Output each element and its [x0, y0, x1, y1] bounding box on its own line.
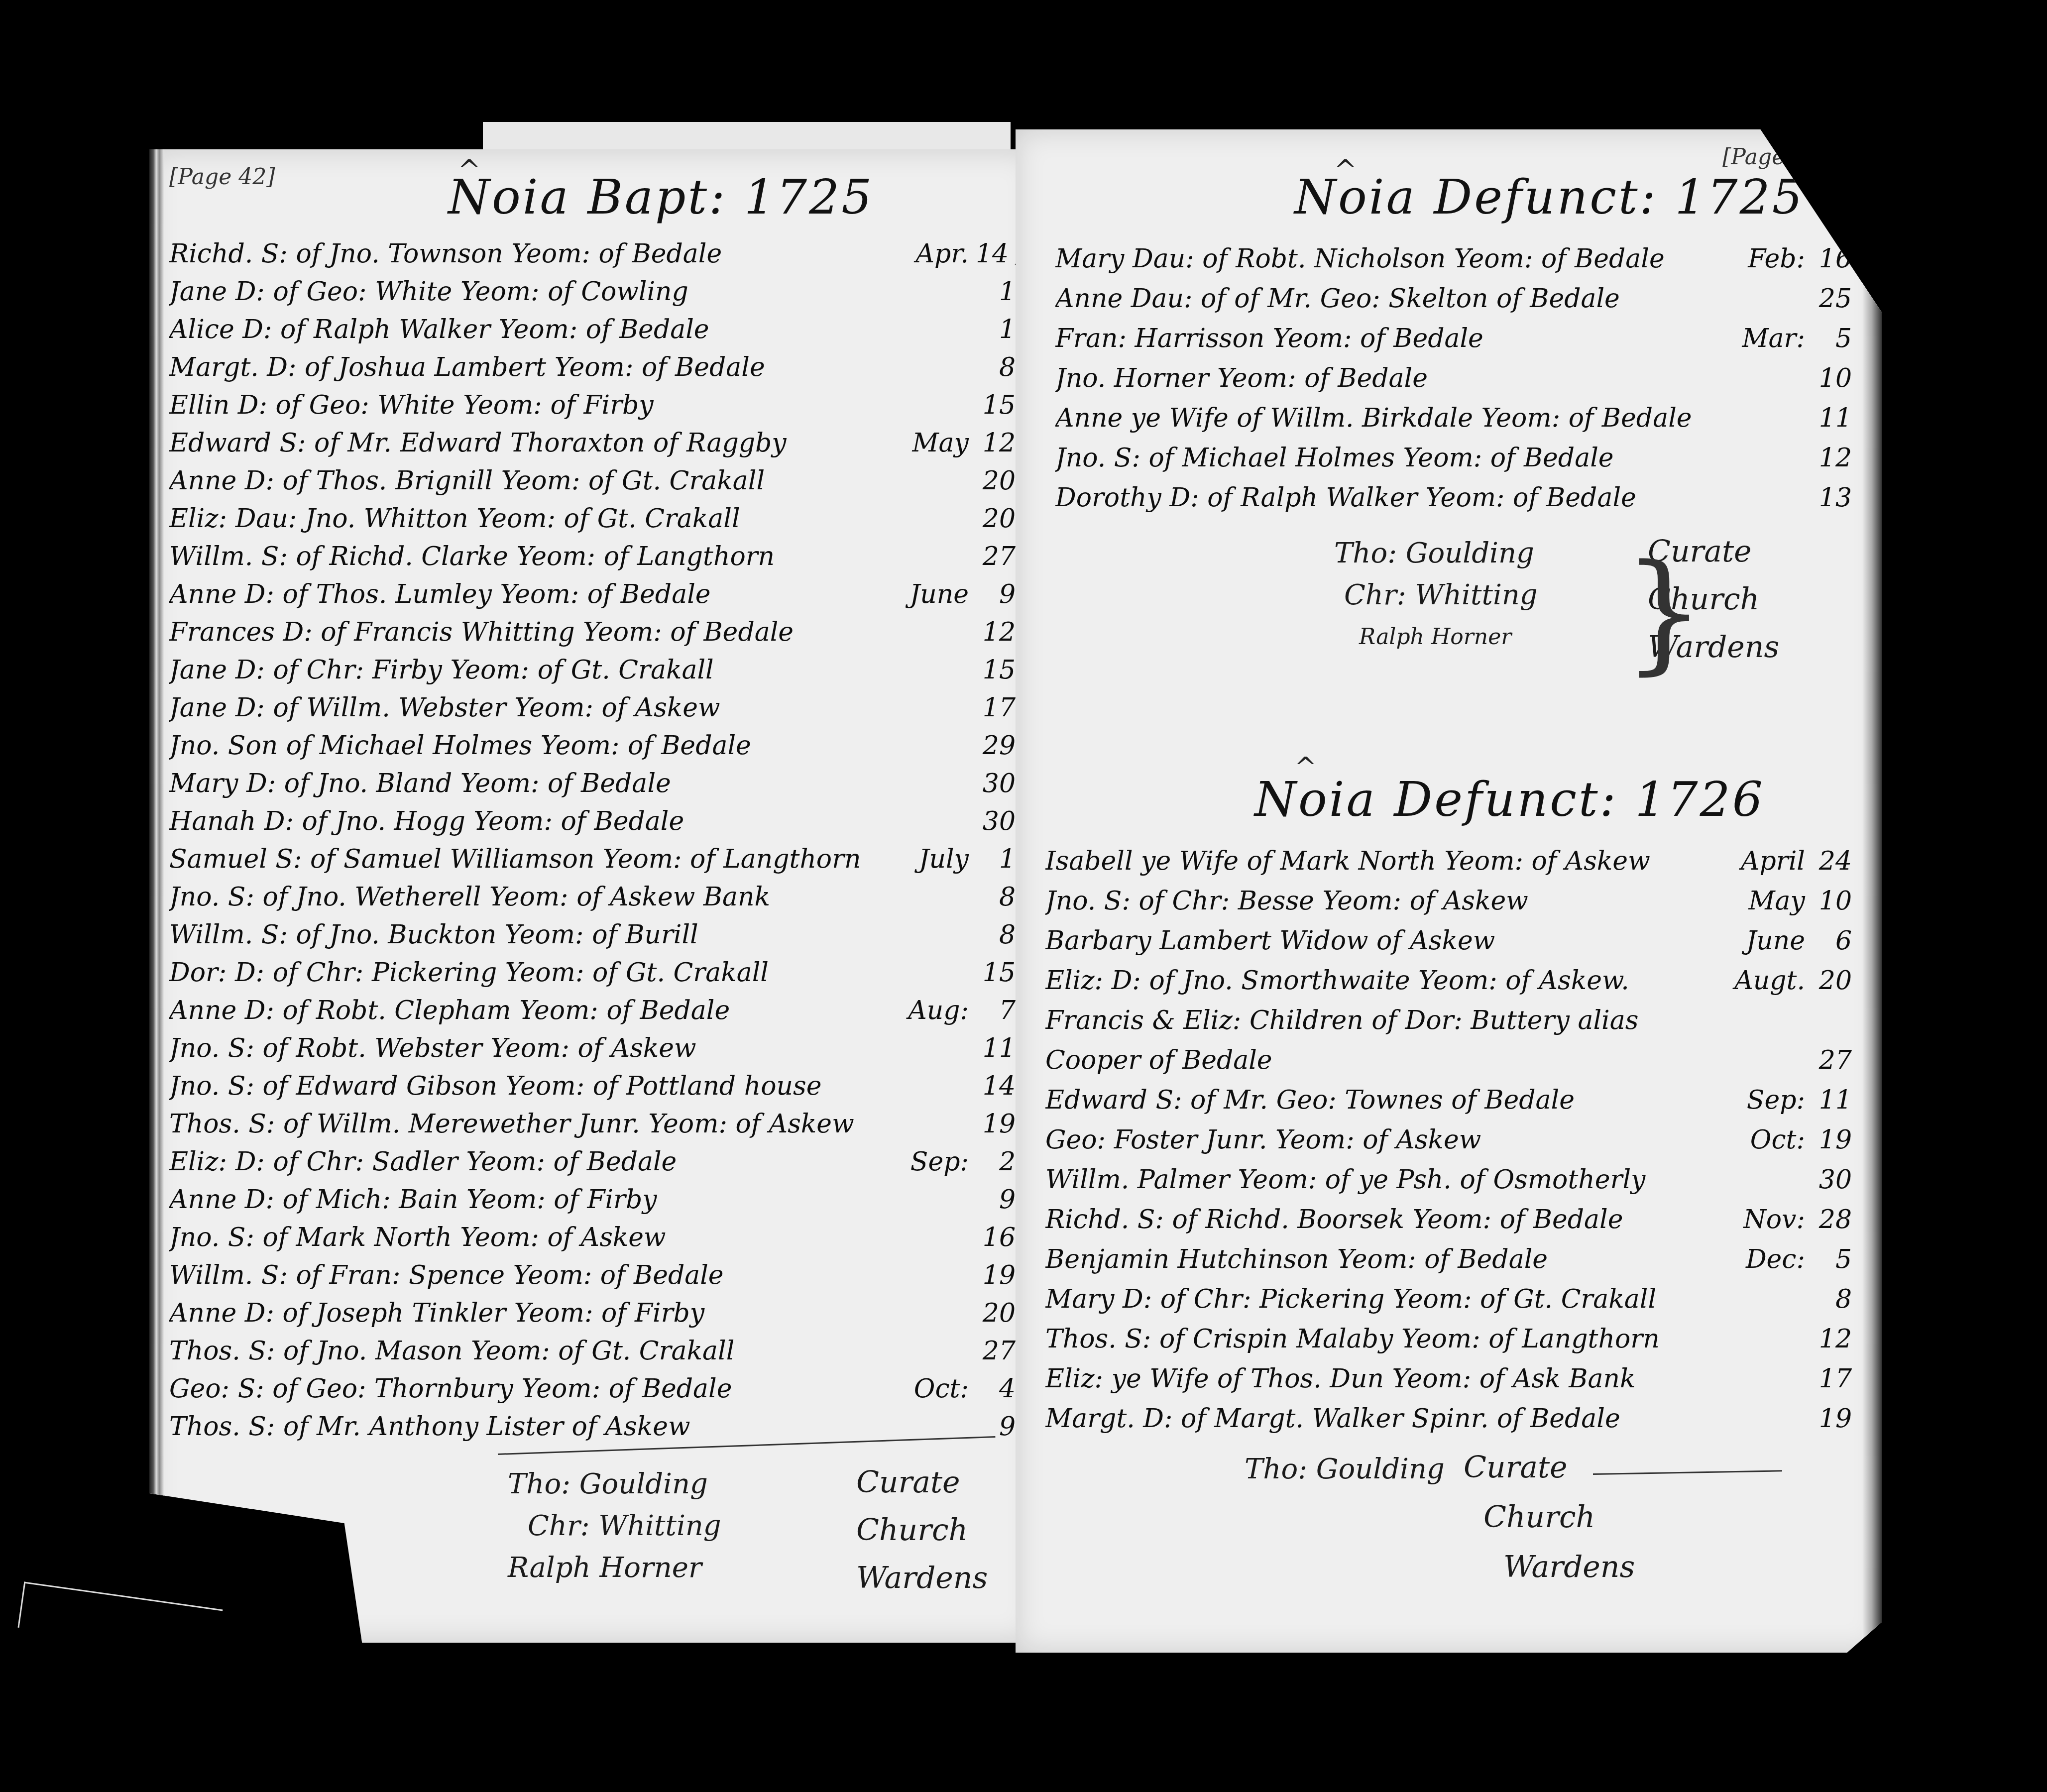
entry-month: Feb: — [1730, 244, 1812, 274]
entry-text: Thos. S: of Crispin Malaby Yeom: of Lang… — [1045, 1324, 1730, 1354]
register-entry: Mary D: of Jno. Bland Yeom: of Bedale30 — [169, 769, 1016, 806]
entry-text: Mary D: of Jno. Bland Yeom: of Bedale — [169, 769, 894, 798]
entry-month: June — [1730, 926, 1812, 956]
signature-warden-2: Ralph Horner — [1334, 616, 1538, 658]
entry-month: July — [894, 844, 976, 874]
entry-text: Thos. S: of Mr. Anthony Lister of Askew — [169, 1412, 894, 1442]
entry-text: Jno. S: of Robt. Webster Yeom: of Askew — [169, 1033, 894, 1063]
register-entry: Jno. Son of Michael Holmes Yeom: of Beda… — [169, 731, 1016, 769]
entry-month: Apr. — [894, 239, 976, 269]
entry-text: Isabell ye Wife of Mark North Yeom: of A… — [1045, 846, 1730, 876]
entry-text: Barbary Lambert Widow of Askew — [1045, 926, 1730, 956]
entry-day: 27 — [976, 1336, 1016, 1366]
entry-day: 12 — [1812, 1324, 1852, 1354]
register-entry: Jno. S: of Michael Holmes Yeom: of Bedal… — [1055, 443, 1852, 483]
entry-month: Oct: — [1730, 1125, 1812, 1155]
entry-day: 17 — [1812, 1364, 1852, 1394]
entry-text: Jno. S: of Mark North Yeom: of Askew — [169, 1223, 894, 1252]
wardens-label: Wardens — [1503, 1543, 1635, 1591]
register-entry: Dorothy D: of Ralph Walker Yeom: of Beda… — [1055, 483, 1852, 523]
entry-text: Jno. Son of Michael Holmes Yeom: of Beda… — [169, 731, 894, 761]
entry-text: Jane D: of Chr: Firby Yeom: of Gt. Craka… — [169, 655, 894, 685]
register-entry: Anne ye Wife of Willm. Birkdale Yeom: of… — [1055, 403, 1852, 443]
entry-day: 6 — [1812, 926, 1852, 956]
register-entry: Anne D: of Thos. Lumley Yeom: of BedaleJ… — [169, 579, 1016, 617]
entry-day: 1 — [976, 844, 1016, 874]
entry-text: Margt. D: of Margt. Walker Spinr. of Bed… — [1045, 1404, 1730, 1434]
register-entry: Frances D: of Francis Whitting Yeom: of … — [169, 617, 1016, 655]
register-entry: Mary Dau: of Robt. Nicholson Yeom: of Be… — [1055, 244, 1852, 284]
entry-text: Hanah D: of Jno. Hogg Yeom: of Bedale — [169, 806, 894, 836]
register-entry: Jno. Horner Yeom: of Bedale10 — [1055, 363, 1852, 403]
entry-text: Eliz: ye Wife of Thos. Dun Yeom: of Ask … — [1045, 1364, 1730, 1394]
entry-text: Thos. S: of Jno. Mason Yeom: of Gt. Crak… — [169, 1336, 894, 1366]
entry-text: Anne D: of Joseph Tinkler Yeom: of Firby — [169, 1298, 894, 1328]
register-entry: Richd. S: of Jno. Townson Yeom: of Bedal… — [169, 239, 1016, 277]
section-heading-burials-1726: Noia Defunct: 1726 — [1254, 772, 1765, 827]
page-reference: [Page 43] — [1722, 144, 1828, 170]
entry-day: 19 — [976, 1109, 1016, 1139]
entry-text: Richd. S: of Richd. Boorsek Yeom: of Bed… — [1045, 1205, 1730, 1234]
entry-text: Richd. S: of Jno. Townson Yeom: of Bedal… — [169, 239, 894, 269]
entry-text: Jno. S: of Jno. Wetherell Yeom: of Askew… — [169, 882, 894, 912]
register-entry: Jno. S: of Jno. Wetherell Yeom: of Askew… — [169, 882, 1016, 920]
register-entry: Jno. S: of Mark North Yeom: of Askew16 — [169, 1223, 1016, 1260]
register-entry: Willm. S: of Jno. Buckton Yeom: of Buril… — [169, 920, 1016, 958]
entry-month: Dec: — [1730, 1244, 1812, 1274]
entry-text: Jno. Horner Yeom: of Bedale — [1055, 363, 1730, 393]
entry-month: Sep: — [894, 1147, 976, 1177]
paper-scrap — [17, 1581, 223, 1655]
register-entry: Benjamin Hutchinson Yeom: of BedaleDec:5 — [1045, 1244, 1852, 1284]
signature-curate: Tho: Goulding — [1245, 1449, 1445, 1490]
entry-month: Aug: — [894, 996, 976, 1025]
entry-text: Ellin D: of Geo: White Yeom: of Firby — [169, 390, 894, 420]
signature-block-1726: Tho: Goulding — [1245, 1449, 1445, 1490]
entry-day: 1 — [976, 315, 1016, 344]
entry-day: 30 — [976, 769, 1016, 798]
register-entry: Jane D: of Chr: Firby Yeom: of Gt. Craka… — [169, 655, 1016, 693]
register-entry: Willm. S: of Fran: Spence Yeom: of Bedal… — [169, 1260, 1016, 1298]
entry-text: Anne D: of Thos. Lumley Yeom: of Bedale — [169, 579, 894, 609]
register-entry: Eliz: ye Wife of Thos. Dun Yeom: of Ask … — [1045, 1364, 1852, 1404]
entry-text: Geo: S: of Geo: Thornbury Yeom: of Bedal… — [169, 1374, 894, 1404]
entry-day: 8 — [976, 882, 1016, 912]
signature-warden-1: Chr: Whitting — [1334, 574, 1538, 616]
register-entry: Thos. S: of Crispin Malaby Yeom: of Lang… — [1045, 1324, 1852, 1364]
register-entry: Fran: Harrisson Yeom: of BedaleMar:5 — [1055, 324, 1852, 363]
entry-day: 16 — [1812, 244, 1852, 274]
entry-day: 9 — [976, 1185, 1016, 1215]
right-page-burials: [Page 43] ^ Noia Defunct: 1725 Mary Dau:… — [1016, 129, 1882, 1653]
register-entry: Eliz: D: of Jno. Smorthwaite Yeom: of As… — [1045, 966, 1852, 1006]
curate-label: Curate — [1464, 1444, 1568, 1491]
entry-day: 30 — [1812, 1165, 1852, 1195]
entry-text: Eliz: D: of Jno. Smorthwaite Yeom: of As… — [1045, 966, 1730, 996]
entry-day: 20 — [976, 1298, 1016, 1328]
entry-day: 5 — [1812, 1244, 1852, 1274]
entry-text: Dor: D: of Chr: Pickering Yeom: of Gt. C… — [169, 958, 894, 988]
entry-day: 11 — [1812, 1085, 1852, 1115]
register-entry: Anne D: of Robt. Clepham Yeom: of Bedale… — [169, 996, 1016, 1033]
entry-text: Margt. D: of Joshua Lambert Yeom: of Bed… — [169, 352, 894, 382]
entry-text: Thos. S: of Willm. Merewether Junr. Yeom… — [169, 1109, 894, 1139]
church-label: Church — [1483, 1493, 1595, 1541]
entry-day: 10 — [1812, 886, 1852, 916]
entry-text: Jane D: of Geo: White Yeom: of Cowling — [169, 277, 894, 307]
entry-day: 24 — [1812, 846, 1852, 876]
register-entry: Richd. S: of Richd. Boorsek Yeom: of Bed… — [1045, 1205, 1852, 1244]
entry-day: 5 — [1812, 324, 1852, 353]
entry-text: Anne D: of Mich: Bain Yeom: of Firby — [169, 1185, 894, 1215]
entry-text: Geo: Foster Junr. Yeom: of Askew — [1045, 1125, 1730, 1155]
register-entry: Edward S: of Mr. Edward Thoraxton of Rag… — [169, 428, 1016, 466]
entry-text: Jno. S: of Michael Holmes Yeom: of Bedal… — [1055, 443, 1730, 473]
register-entry: Eliz: Dau: Jno. Whitton Yeom: of Gt. Cra… — [169, 504, 1016, 542]
entry-day: 19 — [1812, 1125, 1852, 1155]
entry-text: Francis & Eliz: Children of Dor: Buttery… — [1045, 1006, 1730, 1035]
entry-day: 20 — [1812, 966, 1852, 996]
entry-text: Jane D: of Willm. Webster Yeom: of Askew — [169, 693, 894, 723]
signature-block-left: Tho: Goulding Chr: Whitting Ralph Horner — [508, 1463, 721, 1589]
entry-text: Anne Dau: of of Mr. Geo: Skelton of Beda… — [1055, 284, 1730, 314]
section-heading-burials-1725: Noia Defunct: 1725 — [1294, 169, 1805, 225]
entry-text: Eliz: Dau: Jno. Whitton Yeom: of Gt. Cra… — [169, 504, 894, 534]
entry-month: May — [1730, 886, 1812, 916]
entry-day: 14 — [976, 1071, 1016, 1101]
register-entry: Jno. S: of Edward Gibson Yeom: of Pottla… — [169, 1071, 1016, 1109]
signature-warden-1: Chr: Whitting — [508, 1505, 721, 1547]
entry-month: April — [1730, 846, 1812, 876]
entry-day: 30 — [976, 806, 1016, 836]
register-entry: Ellin D: of Geo: White Yeom: of Firby15 — [169, 390, 1016, 428]
entry-day: 8 — [976, 352, 1016, 382]
entry-text: Benjamin Hutchinson Yeom: of Bedale — [1045, 1244, 1730, 1274]
entry-text: Willm. S: of Fran: Spence Yeom: of Bedal… — [169, 1260, 894, 1290]
register-entry: Mary D: of Chr: Pickering Yeom: of Gt. C… — [1045, 1284, 1852, 1324]
entry-text: Jno. S: of Chr: Besse Yeom: of Askew — [1045, 886, 1730, 916]
entry-day: 27 — [1812, 1045, 1852, 1075]
register-entry: Geo: S: of Geo: Thornbury Yeom: of Bedal… — [169, 1374, 1016, 1412]
entry-text: Edward S: of Mr. Geo: Townes of Bedale — [1045, 1085, 1730, 1115]
register-entry: Dor: D: of Chr: Pickering Yeom: of Gt. C… — [169, 958, 1016, 996]
register-entry: Anne Dau: of of Mr. Geo: Skelton of Beda… — [1055, 284, 1852, 324]
signature-curate: Tho: Goulding — [508, 1463, 721, 1505]
wardens-label: Wardens — [856, 1554, 988, 1602]
register-entry: Jane D: of Geo: White Yeom: of Cowling1 — [169, 277, 1016, 315]
signature-warden-2: Ralph Horner — [508, 1547, 721, 1589]
entry-text: Cooper of Bedale — [1045, 1045, 1730, 1075]
entry-month: June — [894, 579, 976, 609]
burial-entries-1726: Isabell ye Wife of Mark North Yeom: of A… — [1045, 846, 1852, 1444]
signature-rule — [1593, 1470, 1782, 1475]
entry-day: 14 / 1 — [976, 239, 1016, 269]
entry-text: Samuel S: of Samuel Williamson Yeom: of … — [169, 844, 894, 874]
register-entry: Geo: Foster Junr. Yeom: of AskewOct:19 — [1045, 1125, 1852, 1165]
entry-day: 25 — [1812, 284, 1852, 314]
entry-day: 12 — [976, 428, 1016, 458]
entry-text: Fran: Harrisson Yeom: of Bedale — [1055, 324, 1730, 353]
entry-day: 17 — [976, 693, 1016, 723]
entry-month: Sep: — [1730, 1085, 1812, 1115]
register-entry: Anne D: of Mich: Bain Yeom: of Firby9 — [169, 1185, 1016, 1223]
register-entry: Thos. S: of Mr. Anthony Lister of Askew9 — [169, 1412, 1016, 1450]
entry-text: Mary Dau: of Robt. Nicholson Yeom: of Be… — [1055, 244, 1730, 274]
entry-day: 19 — [1812, 1404, 1852, 1434]
register-entry: Samuel S: of Samuel Williamson Yeom: of … — [169, 844, 1016, 882]
entry-day: 13 — [1812, 483, 1852, 513]
signature-block-1725: Tho: Goulding Chr: Whitting Ralph Horner — [1334, 533, 1538, 658]
register-entry: Cooper of Bedale27 — [1045, 1045, 1852, 1085]
entry-day: 16 — [976, 1223, 1016, 1252]
register-entry: Jno. S: of Chr: Besse Yeom: of AskewMay1… — [1045, 886, 1852, 926]
entry-text: Alice D: of Ralph Walker Yeom: of Bedale — [169, 315, 894, 344]
entry-text: Edward S: of Mr. Edward Thoraxton of Rag… — [169, 428, 894, 458]
register-entry: Margt. D: of Joshua Lambert Yeom: of Bed… — [169, 352, 1016, 390]
entry-text: Willm. S: of Richd. Clarke Yeom: of Lang… — [169, 542, 894, 571]
register-entry: Margt. D: of Margt. Walker Spinr. of Bed… — [1045, 1404, 1852, 1444]
entry-day: 20 — [976, 466, 1016, 496]
register-entry: Jno. S: of Robt. Webster Yeom: of Askew1… — [169, 1033, 1016, 1071]
entry-text: Frances D: of Francis Whitting Yeom: of … — [169, 617, 894, 647]
entry-day: 8 — [976, 920, 1016, 950]
baptism-entries-list: Richd. S: of Jno. Townson Yeom: of Bedal… — [169, 239, 1016, 1450]
register-entry: Francis & Eliz: Children of Dor: Buttery… — [1045, 1006, 1852, 1045]
entry-day: 15 — [976, 390, 1016, 420]
entry-day: 20 — [976, 504, 1016, 534]
church-label: Church — [856, 1506, 968, 1554]
entry-day: 2 — [976, 1147, 1016, 1177]
entry-day: 8 — [1812, 1284, 1852, 1314]
entry-month: Nov: — [1730, 1205, 1812, 1234]
register-entry: Eliz: D: of Chr: Sadler Yeom: of BedaleS… — [169, 1147, 1016, 1185]
entry-day: 1 — [976, 277, 1016, 307]
register-entry: Thos. S: of Jno. Mason Yeom: of Gt. Crak… — [169, 1336, 1016, 1374]
entry-day: 12 — [976, 617, 1016, 647]
entry-month: Mar: — [1730, 324, 1812, 353]
entry-text: Anne D: of Thos. Brignill Yeom: of Gt. C… — [169, 466, 894, 496]
entry-text: Anne D: of Robt. Clepham Yeom: of Bedale — [169, 996, 894, 1025]
entry-month: Oct: — [894, 1374, 976, 1404]
entry-day: 10 — [1812, 363, 1852, 393]
register-entry: Edward S: of Mr. Geo: Townes of BedaleSe… — [1045, 1085, 1852, 1125]
register-entry: Willm. S: of Richd. Clarke Yeom: of Lang… — [169, 542, 1016, 579]
entry-text: Dorothy D: of Ralph Walker Yeom: of Beda… — [1055, 483, 1730, 513]
entry-day: 4 — [976, 1374, 1016, 1404]
register-entry: Anne D: of Thos. Brignill Yeom: of Gt. C… — [169, 466, 1016, 504]
signature-curate: Tho: Goulding — [1334, 533, 1538, 574]
entry-month: Augt. — [1730, 966, 1812, 996]
curate-label: Curate — [856, 1458, 960, 1506]
entry-text: Willm. S: of Jno. Buckton Yeom: of Buril… — [169, 920, 894, 950]
entry-month: May — [894, 428, 976, 458]
section-heading-baptisms: Noia Bapt: 1725 — [448, 169, 874, 225]
register-entry: Hanah D: of Jno. Hogg Yeom: of Bedale30 — [169, 806, 1016, 844]
register-entry: Anne D: of Joseph Tinkler Yeom: of Firby… — [169, 1298, 1016, 1336]
entry-day: 12 — [1812, 443, 1852, 473]
register-entry: Willm. Palmer Yeom: of ye Psh. of Osmoth… — [1045, 1165, 1852, 1205]
signature-brace: } — [1623, 548, 1705, 677]
register-entry: Thos. S: of Willm. Merewether Junr. Yeom… — [169, 1109, 1016, 1147]
entry-day: 15 — [976, 958, 1016, 988]
entry-day: 29 — [976, 731, 1016, 761]
page-reference: [Page 42] — [169, 164, 275, 190]
entry-day: 11 — [976, 1033, 1016, 1063]
entry-text: Eliz: D: of Chr: Sadler Yeom: of Bedale — [169, 1147, 894, 1177]
register-entry: Isabell ye Wife of Mark North Yeom: of A… — [1045, 846, 1852, 886]
entry-text: Anne ye Wife of Willm. Birkdale Yeom: of… — [1055, 403, 1730, 433]
entry-day: 7 — [976, 996, 1016, 1025]
entry-day: 9 — [976, 579, 1016, 609]
register-entry: Jane D: of Willm. Webster Yeom: of Askew… — [169, 693, 1016, 731]
entry-text: Jno. S: of Edward Gibson Yeom: of Pottla… — [169, 1071, 894, 1101]
entry-day: 15 — [976, 655, 1016, 685]
register-entry: Barbary Lambert Widow of AskewJune6 — [1045, 926, 1852, 966]
entry-day: 27 — [976, 542, 1016, 571]
entry-day: 19 — [976, 1260, 1016, 1290]
left-page-baptisms: [Page 42] ^ Noia Bapt: 1725 Richd. S: of… — [149, 149, 1035, 1643]
entry-day: 28 — [1812, 1205, 1852, 1234]
burial-entries-1725: Mary Dau: of Robt. Nicholson Yeom: of Be… — [1055, 244, 1852, 523]
entry-text: Mary D: of Chr: Pickering Yeom: of Gt. C… — [1045, 1284, 1730, 1314]
entry-day: 11 — [1812, 403, 1852, 433]
register-entry: Alice D: of Ralph Walker Yeom: of Bedale… — [169, 315, 1016, 352]
entry-text: Willm. Palmer Yeom: of ye Psh. of Osmoth… — [1045, 1165, 1730, 1195]
